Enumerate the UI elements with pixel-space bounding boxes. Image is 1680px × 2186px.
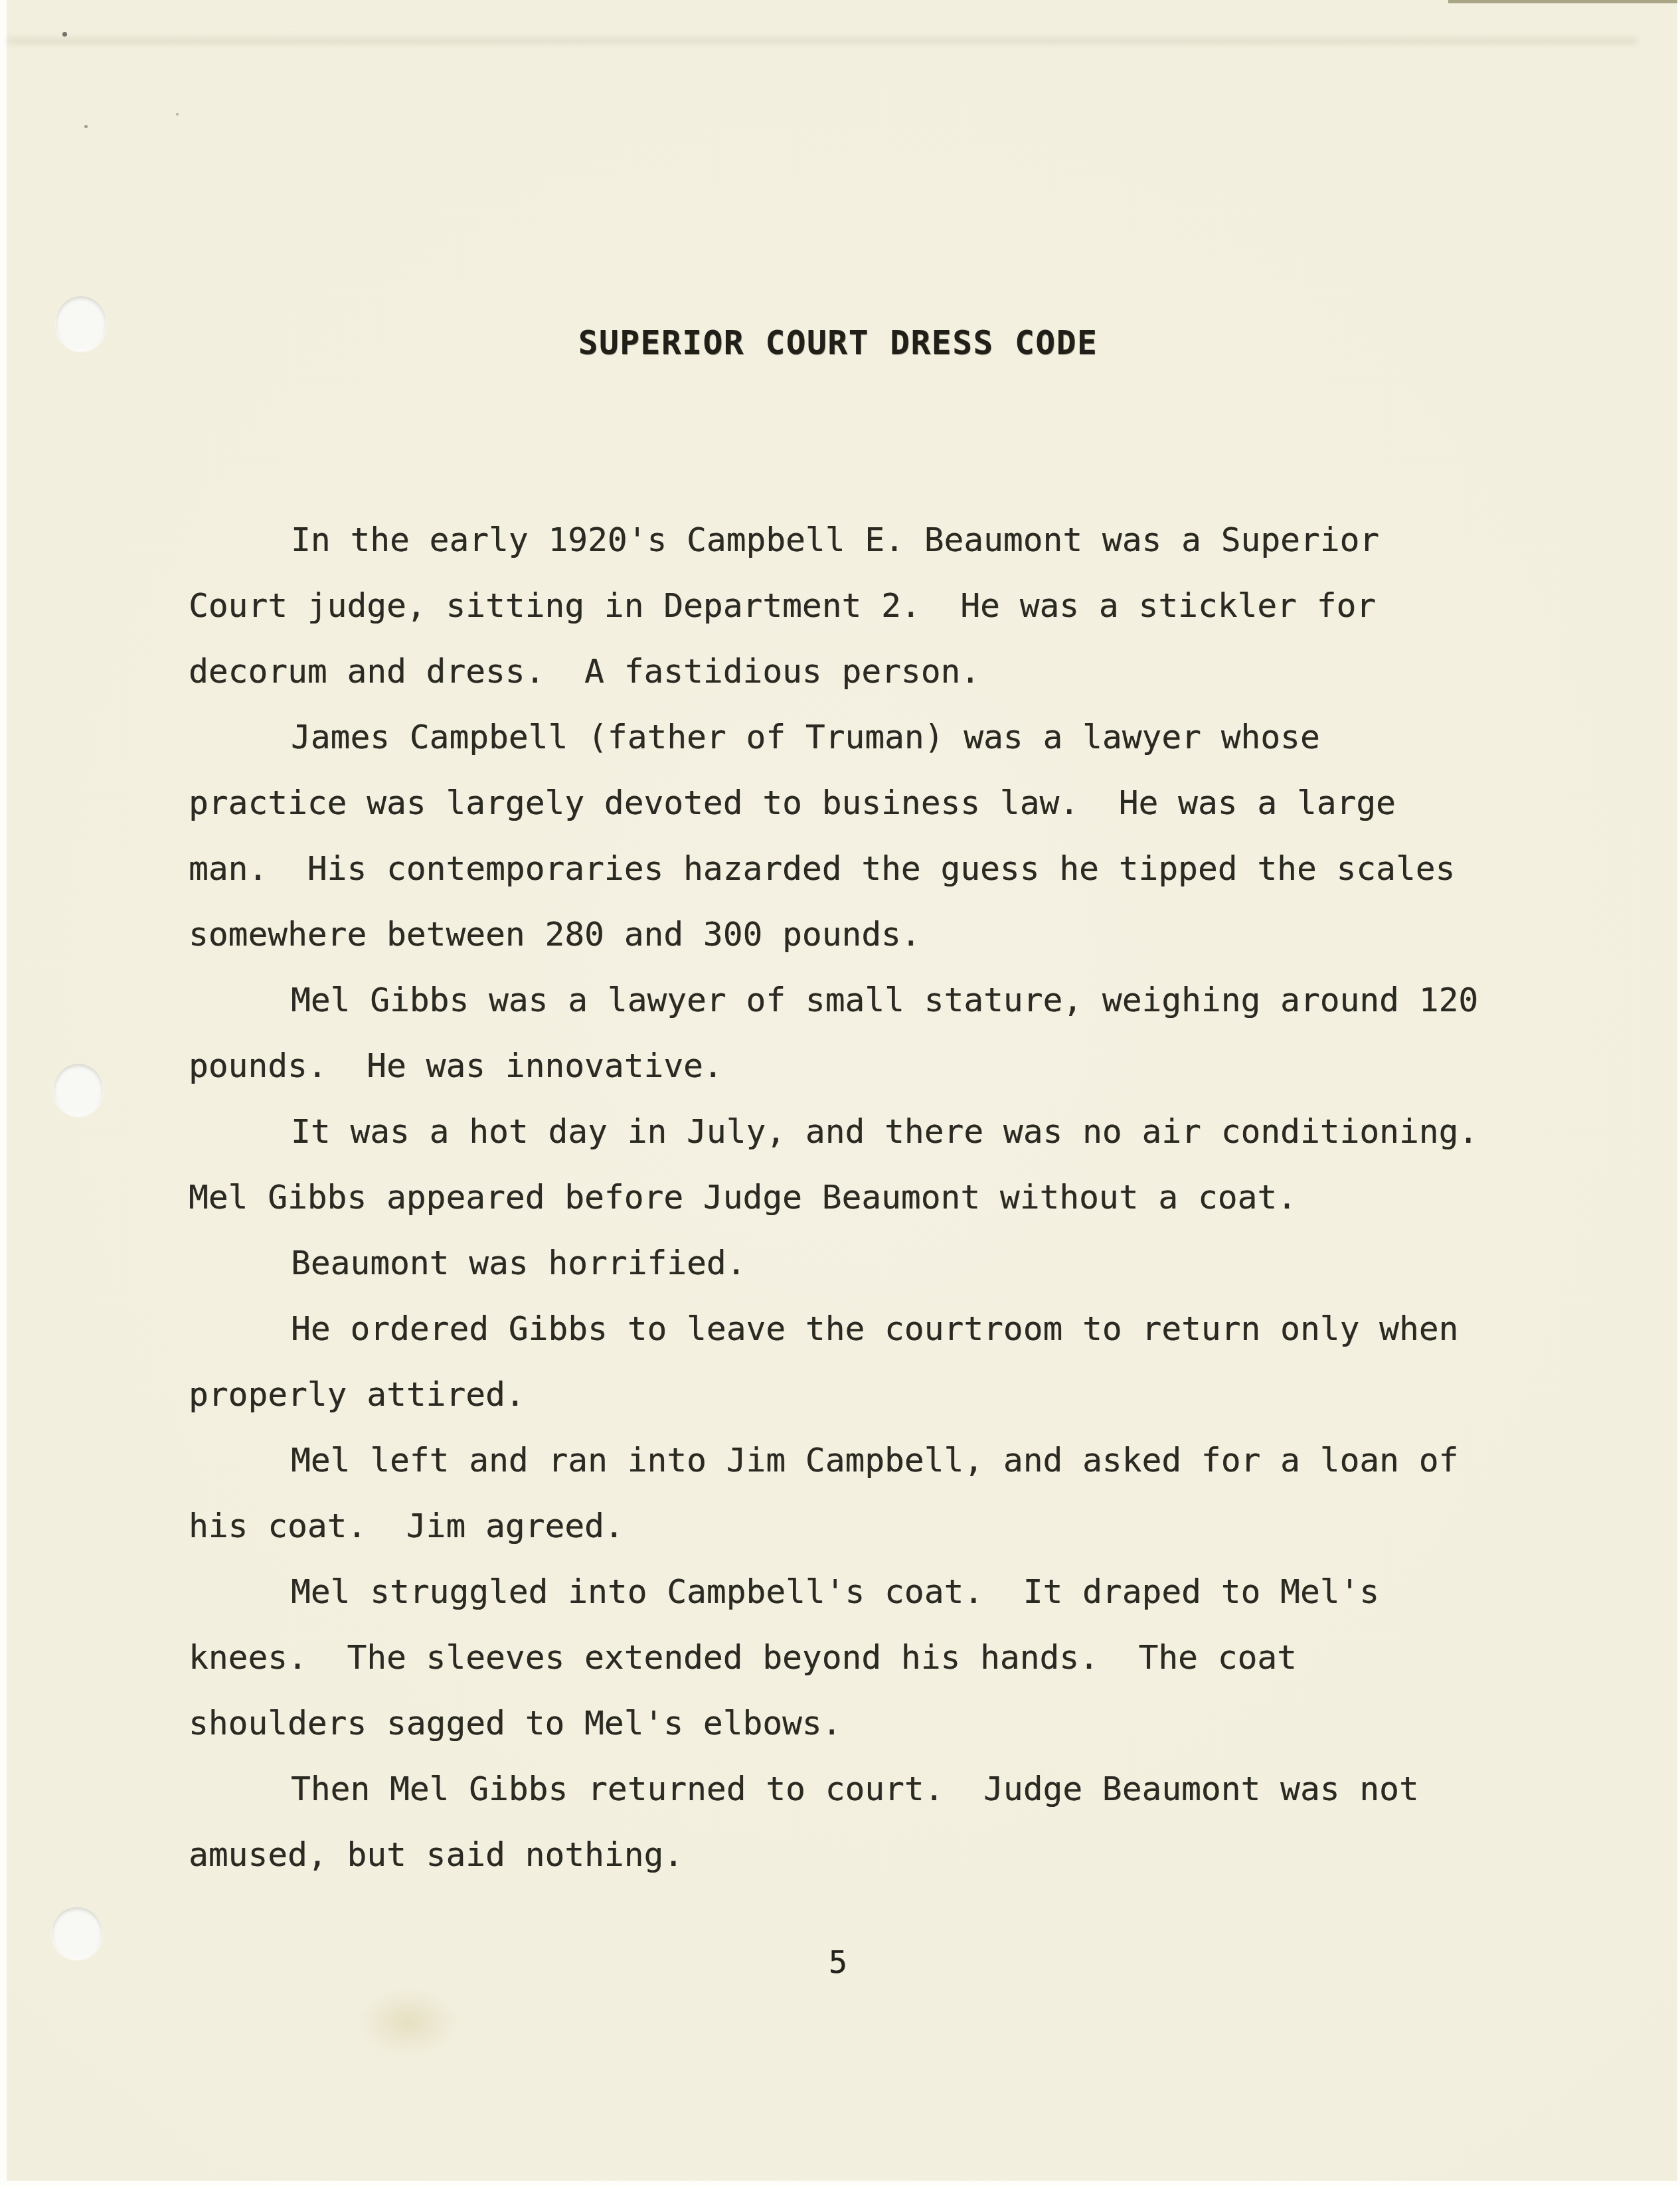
page-number: 5 [189, 1946, 1487, 1980]
document-title: SUPERIOR COURT DRESS CODE [189, 310, 1487, 376]
text-line: Mel left and ran into Jim Campbell, and … [189, 1428, 1487, 1493]
text-line: properly attired. [189, 1362, 1487, 1428]
text-line: amused, but said nothing. [189, 1822, 1487, 1888]
scan-speck [176, 113, 179, 116]
paper-crease-shadow [7, 37, 1638, 44]
text-line: Mel Gibbs appeared before Judge Beaumont… [189, 1165, 1487, 1230]
text-line: It was a hot day in July, and there was … [189, 1099, 1487, 1165]
text-line: Beaumont was horrified. [189, 1230, 1487, 1296]
text-line: man. His contemporaries hazarded the gue… [189, 836, 1487, 902]
text-line: Court judge, sitting in Department 2. He… [189, 573, 1487, 639]
text-line: his coat. Jim agreed. [189, 1493, 1487, 1559]
text-line: shoulders sagged to Mel's elbows. [189, 1691, 1487, 1756]
scan-speck [84, 125, 88, 128]
text-line: decorum and dress. A fastidious person. [189, 639, 1487, 705]
text-line: James Campbell (father of Truman) was a … [189, 705, 1487, 770]
text-line: knees. The sleeves extended beyond his h… [189, 1625, 1487, 1691]
punch-hole-top [56, 296, 106, 351]
typewritten-text-block: SUPERIOR COURT DRESS CODE In the early 1… [189, 179, 1487, 2019]
text-lines: In the early 1920's Campbell E. Beaumont… [189, 507, 1487, 1888]
text-line: pounds. He was innovative. [189, 1033, 1487, 1099]
scan-speck [62, 32, 67, 37]
scan-edge-artifact [1448, 0, 1677, 3]
text-line: Mel Gibbs was a lawyer of small stature,… [189, 967, 1487, 1033]
text-line: Mel struggled into Campbell's coat. It d… [189, 1559, 1487, 1625]
text-line: practice was largely devoted to business… [189, 770, 1487, 836]
punch-hole-middle [54, 1064, 103, 1116]
punch-hole-bottom [52, 1907, 102, 1959]
text-line: In the early 1920's Campbell E. Beaumont… [189, 507, 1487, 573]
text-line: somewhere between 280 and 300 pounds. [189, 902, 1487, 967]
text-line: Then Mel Gibbs returned to court. Judge … [189, 1756, 1487, 1822]
text-line: He ordered Gibbs to leave the courtroom … [189, 1296, 1487, 1362]
scanned-page: SUPERIOR COURT DRESS CODE In the early 1… [7, 0, 1677, 2181]
